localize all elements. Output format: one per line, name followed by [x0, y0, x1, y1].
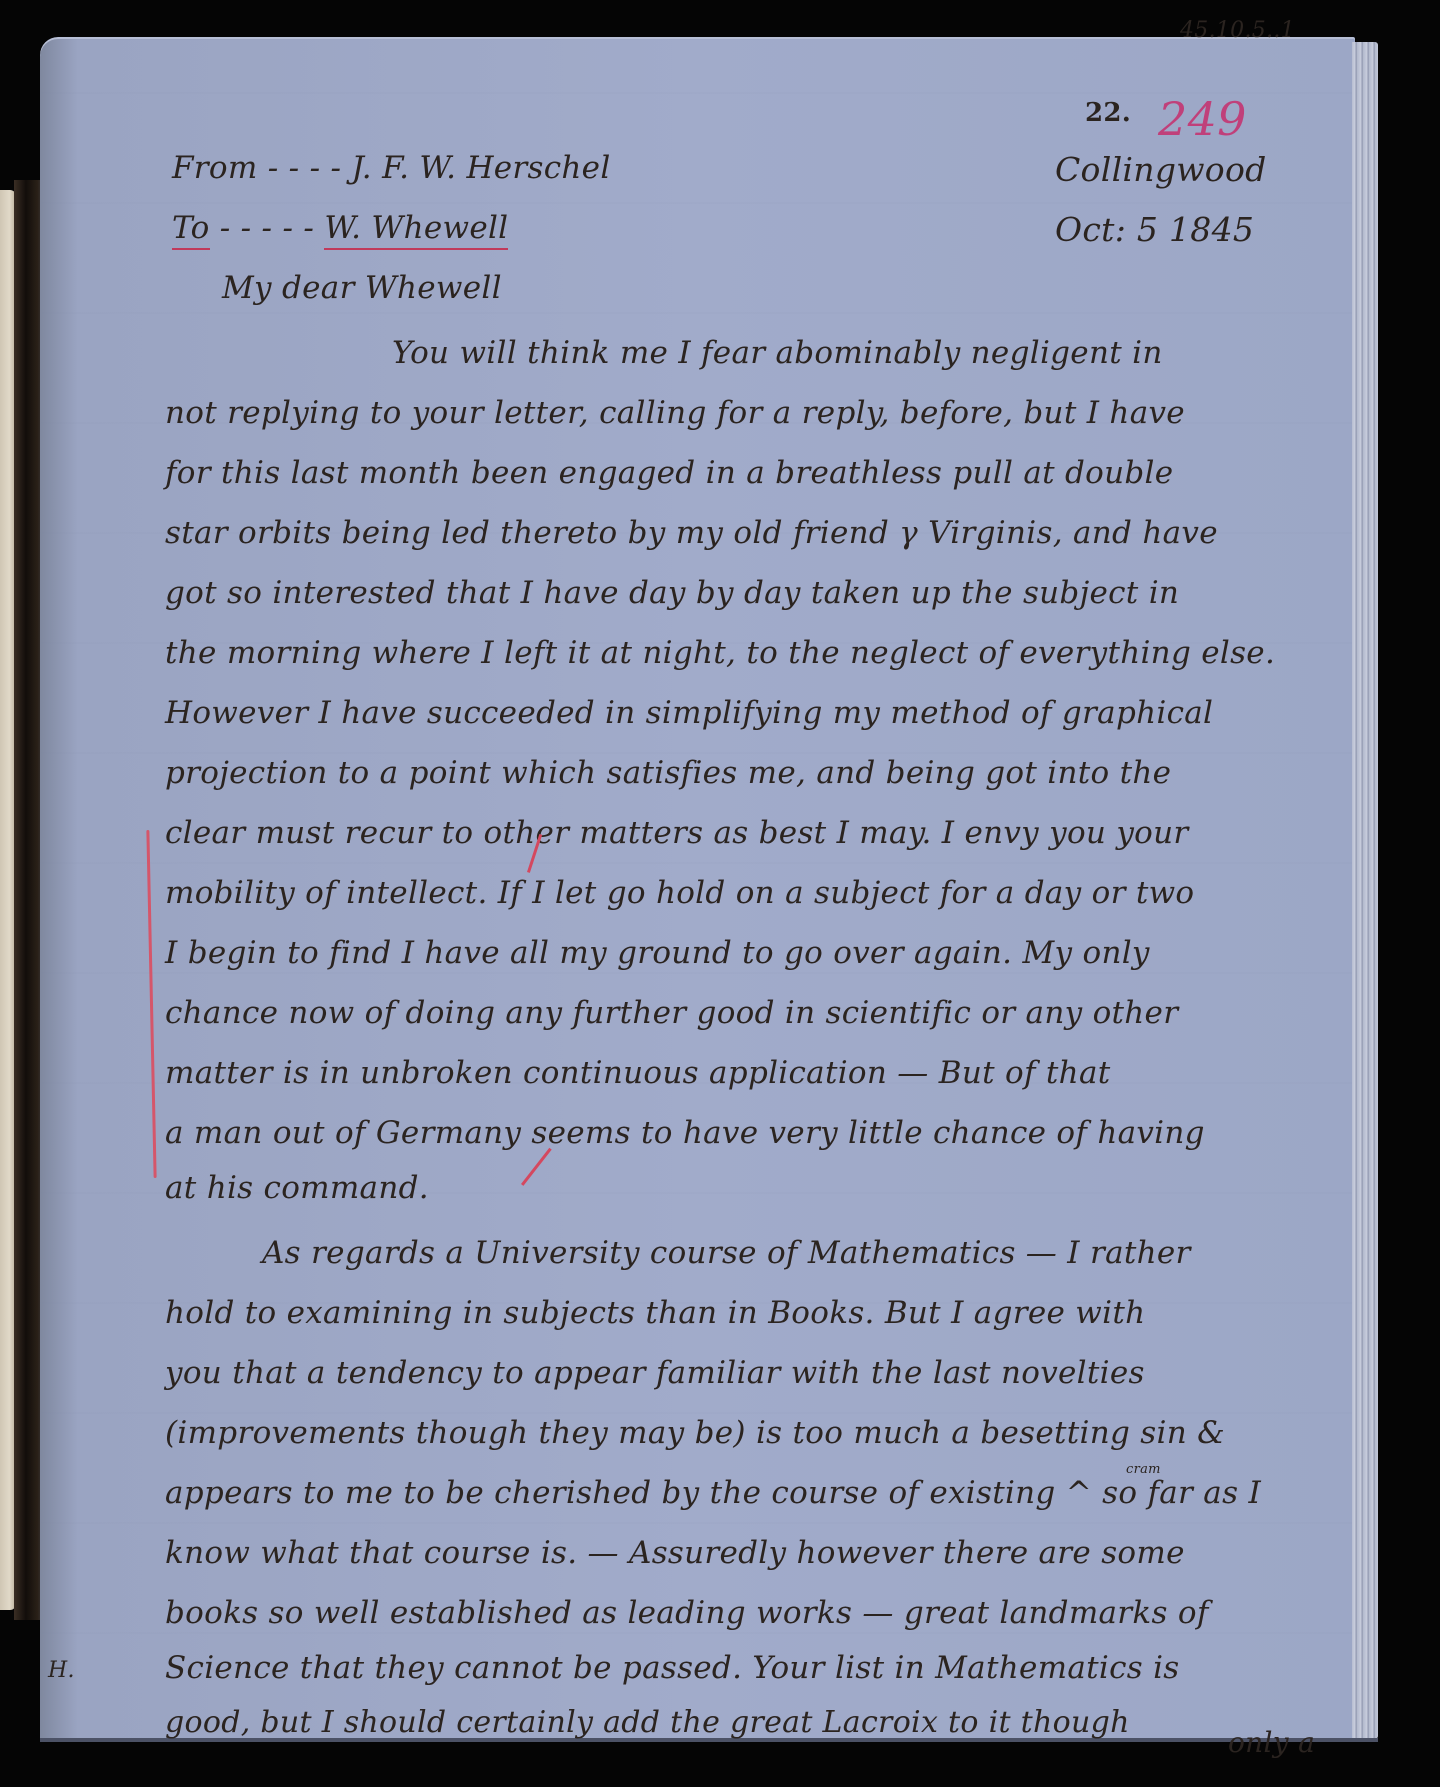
- from-label: From - - - -: [172, 150, 341, 186]
- letter-line-4: star orbits being led thereto by my old …: [165, 515, 1218, 551]
- letter-line-16: As regards a University course of Mathem…: [262, 1235, 1191, 1271]
- from-line: From - - - - J. F. W. Herschel: [172, 150, 611, 186]
- salutation: My dear Whewell: [222, 270, 502, 306]
- to-line: To - - - - - W. Whewell: [172, 210, 508, 246]
- page-stack-edge: [1352, 42, 1378, 1739]
- letter-line-7: However I have succeeded in simplifying …: [165, 695, 1213, 731]
- letter-line-12: chance now of doing any further good in …: [165, 995, 1178, 1031]
- catchword: only a: [1228, 1726, 1315, 1759]
- letter-line-19: (improvements though they may be) is too…: [165, 1415, 1225, 1451]
- place: Collingwood: [1055, 150, 1267, 189]
- letter-line-9: clear must recur to other matters as bes…: [165, 815, 1189, 851]
- letter-line-18: you that a tendency to appear familiar w…: [165, 1355, 1145, 1391]
- letter-line-20: appears to me to be cherished by the cou…: [165, 1475, 1261, 1511]
- insertion-cram: cram: [1126, 1462, 1161, 1477]
- letter-line-14: a man out of Germany seems to have very …: [165, 1115, 1205, 1151]
- letter-line-11: I begin to find I have all my ground to …: [165, 935, 1150, 971]
- letter-line-10: mobility of intellect. If I let go hold …: [165, 875, 1194, 911]
- to-dashes: - - - - -: [220, 210, 315, 246]
- letter-line-1: You will think me I fear abominably negl…: [392, 335, 1163, 371]
- letter-line-24: good, but I should certainly add the gre…: [165, 1705, 1130, 1740]
- letter-line-6: the morning where I left it at night, to…: [165, 635, 1275, 671]
- margin-initial: H.: [48, 1658, 75, 1683]
- folio-number: 249: [1158, 92, 1247, 146]
- item-number: 22.: [1085, 98, 1131, 128]
- letter-line-22: books so well established as leading wor…: [165, 1595, 1209, 1631]
- letter-line-2: not replying to your letter, calling for…: [165, 395, 1185, 431]
- to-label: To: [172, 210, 210, 250]
- letter-line-21: know what that course is. — Assuredly ho…: [165, 1535, 1185, 1571]
- date: Oct: 5 1845: [1055, 210, 1254, 249]
- letter-line-3: for this last month been engaged in a br…: [165, 455, 1173, 491]
- letter-line-5: got so interested that I have day by day…: [165, 575, 1179, 611]
- letter-line-13: matter is in unbroken continuous applica…: [165, 1055, 1110, 1091]
- letter-line-8: projection to a point which satisfies me…: [165, 755, 1171, 791]
- sender-name: J. F. W. Herschel: [351, 150, 610, 186]
- letter-line-17: hold to examining in subjects than in Bo…: [165, 1295, 1145, 1331]
- letter-line-23: Science that they cannot be passed. Your…: [165, 1650, 1180, 1686]
- recipient-name: W. Whewell: [324, 210, 508, 250]
- archive-reference: 45.10.5..1: [1180, 18, 1295, 43]
- letter-line-15: at his command.: [165, 1170, 429, 1206]
